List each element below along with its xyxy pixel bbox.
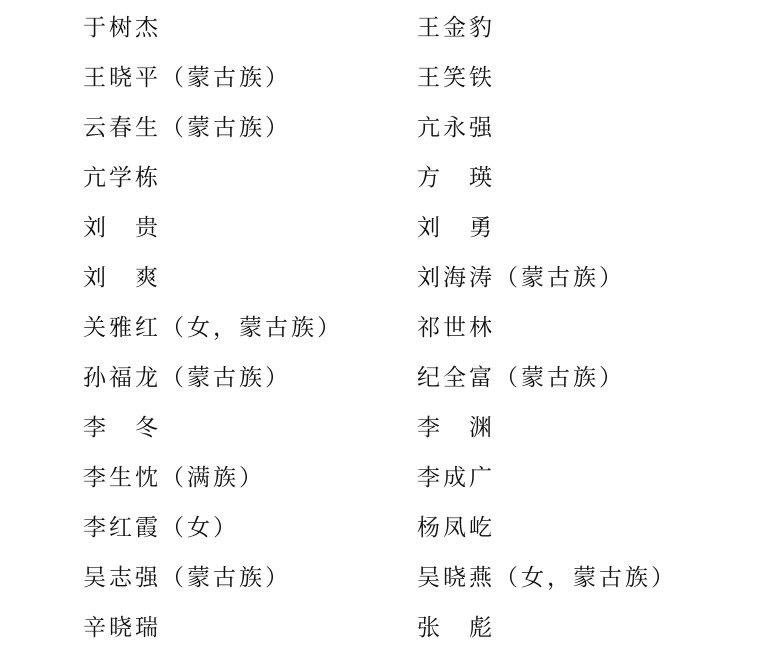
name-entry: 方 瑛: [417, 158, 677, 208]
name-entry: 吴晓燕（女，蒙古族）: [417, 558, 677, 608]
name-entry: 孙福龙（蒙古族）: [83, 358, 343, 408]
name-entry: 关雅红（女，蒙古族）: [83, 308, 343, 358]
name-entry: 王晓平（蒙古族）: [83, 58, 343, 108]
name-entry: 李生忱（满族）: [83, 458, 343, 508]
name-entry: 王笑铁: [417, 58, 677, 108]
name-entry: 王金豹: [417, 8, 677, 58]
name-entry: 亢学栋: [83, 158, 343, 208]
name-entry: 刘 贵: [83, 208, 343, 258]
name-entry: 祁世林: [417, 308, 677, 358]
name-entry: 刘海涛（蒙古族）: [417, 258, 677, 308]
name-entry: 云春生（蒙古族）: [83, 108, 343, 158]
name-entry: 亢永强: [417, 108, 677, 158]
name-entry: 李成广: [417, 458, 677, 508]
name-entry: 吴志强（蒙古族）: [83, 558, 343, 608]
name-entry: 张 彪: [417, 608, 677, 658]
name-list-right: 王金豹 王笑铁 亢永强 方 瑛 刘 勇 刘海涛（蒙古族） 祁世林 纪全富（蒙古族…: [417, 8, 677, 658]
name-entry: 刘 勇: [417, 208, 677, 258]
name-entry: 纪全富（蒙古族）: [417, 358, 677, 408]
name-entry: 杨凤屹: [417, 508, 677, 558]
name-entry: 辛晓瑞: [83, 608, 343, 658]
name-entry: 李红霞（女）: [83, 508, 343, 558]
name-entry: 李 冬: [83, 408, 343, 458]
name-list-left: 于树杰 王晓平（蒙古族） 云春生（蒙古族） 亢学栋 刘 贵 刘 爽 关雅红（女，…: [83, 8, 343, 658]
name-entry: 于树杰: [83, 8, 343, 58]
name-entry: 李 渊: [417, 408, 677, 458]
name-entry: 刘 爽: [83, 258, 343, 308]
